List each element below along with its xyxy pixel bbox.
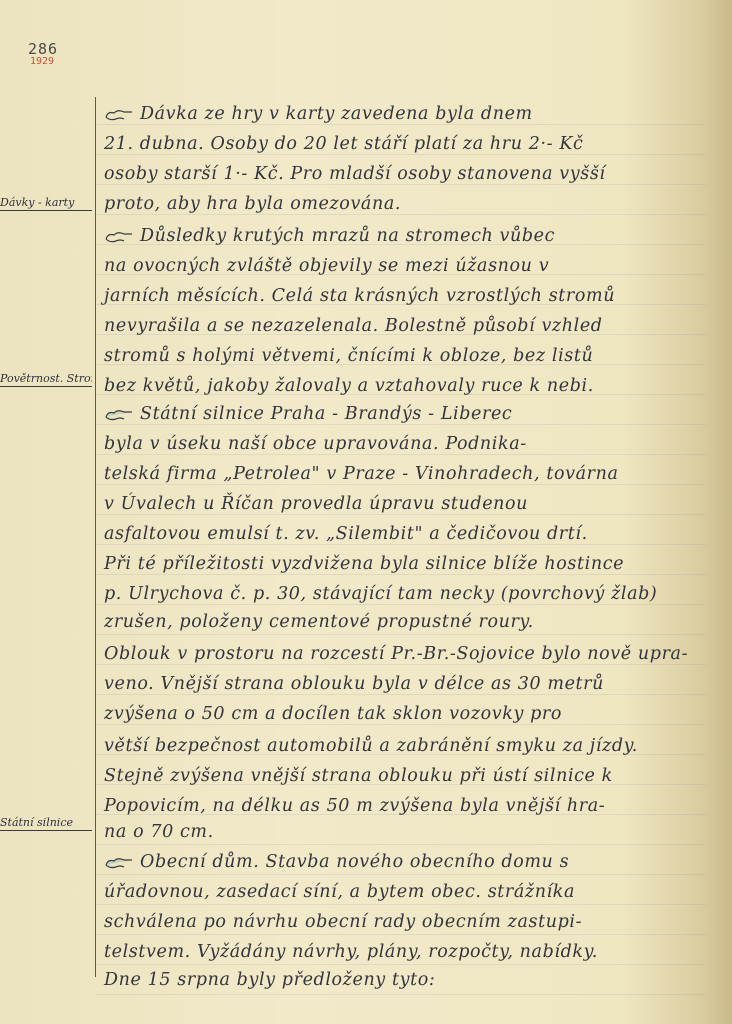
entry-stromy-line: nevyrašila a se nezazelenala. Bolestně p… <box>104 316 704 336</box>
pointing-hand-icon <box>104 855 134 871</box>
entry-silnice-line: zvýšena o 50 cm a docílen tak sklon vozo… <box>104 704 704 724</box>
ruled-line <box>96 454 706 455</box>
entry-silnice-line: Státní silnice Praha - Brandýs - Liberec <box>104 404 704 424</box>
ruled-line <box>96 514 706 515</box>
entry-stromy-line: jarních měsících. Celá sta krásných vzro… <box>104 286 704 306</box>
entry-obecni-dum-line: telstvem. Vyžádány návrhy, plány, rozpoč… <box>104 942 704 962</box>
entry-silnice-line: byla v úseku naší obce upravována. Podni… <box>104 434 704 454</box>
ruled-line <box>96 604 706 605</box>
entry-silnice-line: Oblouk v prostoru na rozcestí Pr.-Br.-So… <box>104 644 704 664</box>
ruled-line <box>96 664 706 665</box>
entry-silnice-line: asfaltovou emulsí t. zv. „Silembit" a če… <box>104 524 704 544</box>
entry-silnice-line: Stejně zvýšena vnější strana oblouku při… <box>104 766 704 786</box>
margin-note-stromy: Povětrnost. Stromy <box>0 372 92 387</box>
entry-obecni-dum-line: Obecní dům. Stavba nového obecního domu … <box>104 852 704 872</box>
ruled-line <box>96 934 706 935</box>
ruled-line <box>96 904 706 905</box>
entry-silnice-line: v Úvalech u Říčan provedla úpravu studen… <box>104 494 704 514</box>
entry-obecni-dum-line: Dne 15 srpna byly předloženy tyto: <box>104 970 704 990</box>
entry-karty-line: Dávka ze hry v karty zavedena byla dnem <box>104 104 704 124</box>
ruled-line <box>96 964 706 965</box>
ruled-line <box>96 544 706 545</box>
entry-stromy-line: na ovocných zvláště objevily se mezi úža… <box>104 256 704 276</box>
entry-stromy-line: bez květů, jakoby žalovaly a vztahovaly … <box>104 376 704 396</box>
margin-note-silnice: Státní silnice <box>0 816 92 831</box>
ruled-line <box>96 694 706 695</box>
entry-silnice-line: Popovicím, na délku as 50 m zvýšena byla… <box>104 796 704 816</box>
ruled-line <box>96 844 706 845</box>
entry-obecni-dum-line: úřadovnou, zasedací síní, a bytem obec. … <box>104 882 704 902</box>
ruled-line <box>96 574 706 575</box>
ruled-line <box>96 874 706 875</box>
entry-silnice-line: zrušen, položeny cementové propustné rou… <box>104 612 704 632</box>
entry-obecni-dum-line: schválena po návrhu obecní rady obecním … <box>104 912 704 932</box>
ledger-page: 286 1929 Dávky - karty Povětrnost. Strom… <box>0 0 732 1024</box>
entry-karty-line: 21. dubna. Osoby do 20 let stáří platí z… <box>104 134 704 154</box>
margin-note-karty: Dávky - karty <box>0 196 92 211</box>
entry-karty-line: proto, aby hra byla omezována. <box>104 194 704 214</box>
entry-silnice-line: veno. Vnější strana oblouku byla v délce… <box>104 674 704 694</box>
entry-karty-line: osoby starší 1·- Kč. Pro mladší osoby st… <box>104 164 704 184</box>
entry-silnice-line: na o 70 cm. <box>104 822 704 842</box>
ruled-line <box>96 724 706 725</box>
ruled-line <box>96 184 706 185</box>
pointing-hand-icon <box>104 229 134 245</box>
pointing-hand-icon <box>104 107 134 123</box>
ruled-line <box>96 994 706 995</box>
page-year: 1929 <box>30 56 54 67</box>
entry-silnice-line: telská firma „Petrolea" v Praze - Vinohr… <box>104 464 704 484</box>
ruled-line <box>96 214 706 215</box>
ruled-line <box>96 484 706 485</box>
ruled-line <box>96 124 706 125</box>
margin-rule-line <box>95 97 96 977</box>
entry-stromy-line: stromů s holými větvemi, čnícími k obloz… <box>104 346 704 366</box>
entry-silnice-line: větší bezpečnost automobilů a zabránění … <box>104 736 704 756</box>
pointing-hand-icon <box>104 407 134 423</box>
ruled-line <box>96 424 706 425</box>
entry-silnice-line: p. Ulrychova č. p. 30, stávající tam nec… <box>104 584 704 604</box>
ruled-line <box>96 154 706 155</box>
entry-stromy-line: Důsledky krutých mrazů na stromech vůbec <box>104 226 704 246</box>
entry-silnice-line: Při té příležitosti vyzdvižena byla siln… <box>104 554 704 574</box>
ruled-line <box>96 634 706 635</box>
